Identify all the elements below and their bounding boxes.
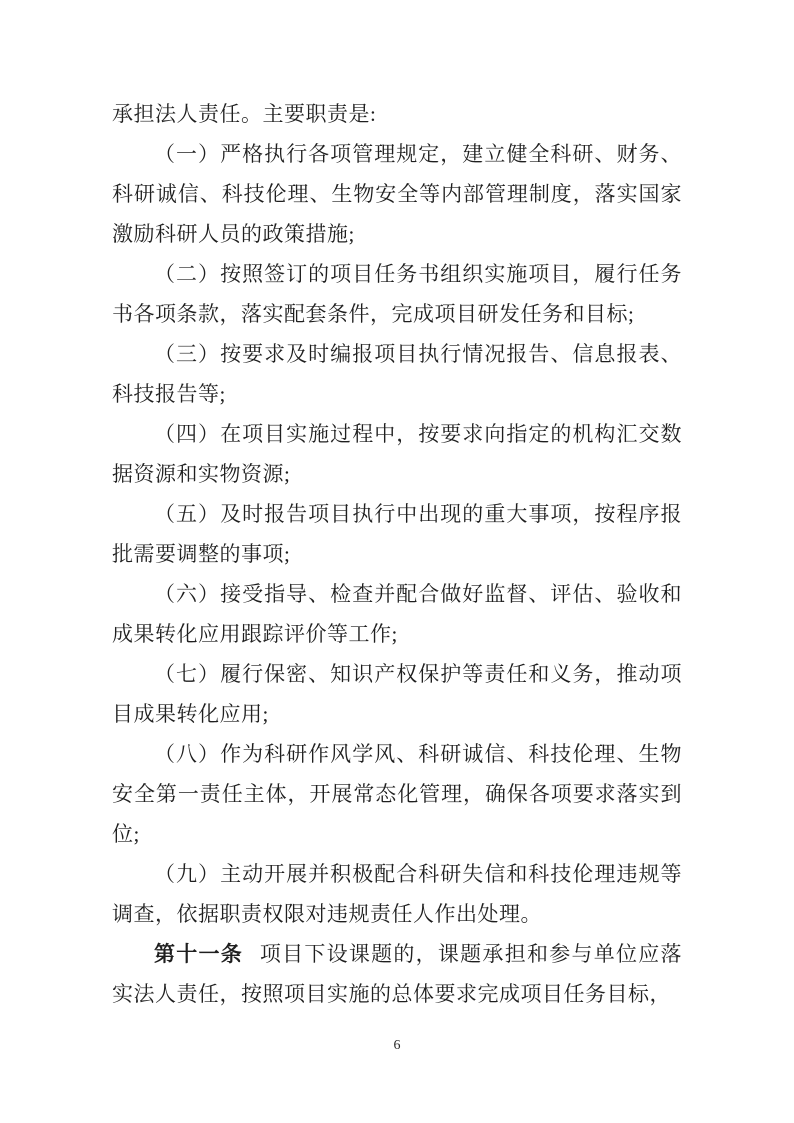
list-item-paragraph-9: （九）主动开展并积极配合科研失信和科技伦理违规等调查，依据职责权限对违规责任人作… [112,854,682,934]
article-paragraph: 第十一条项目下设课题的，课题承担和参与单位应落实法人责任，按照项目实施的总体要求… [112,934,682,1014]
list-item-paragraph-6: （六）接受指导、检查并配合做好监督、评估、验收和成果转化应用跟踪评价等工作; [112,574,682,654]
list-item-paragraph-7: （七）履行保密、知识产权保护等责任和义务，推动项目成果转化应用; [112,654,682,734]
list-item-paragraph-3: （三）按要求及时编报项目执行情况报告、信息报表、科技报告等; [112,334,682,414]
article-number-label: 第十一条 [154,942,243,966]
document-body: 承担法人责任。主要职责是: （一）严格执行各项管理规定，建立健全科研、财务、科研… [112,94,682,1014]
page-number: 6 [0,1036,794,1056]
list-item-paragraph-8: （八）作为科研作风学风、科研诚信、科技伦理、生物安全第一责任主体，开展常态化管理… [112,734,682,854]
document-page: 承担法人责任。主要职责是: （一）严格执行各项管理规定，建立健全科研、财务、科研… [0,0,794,1123]
intro-paragraph: 承担法人责任。主要职责是: [112,94,682,134]
list-item-paragraph-1: （一）严格执行各项管理规定，建立健全科研、财务、科研诚信、科技伦理、生物安全等内… [112,134,682,254]
list-item-paragraph-5: （五）及时报告项目执行中出现的重大事项，按程序报批需要调整的事项; [112,494,682,574]
list-item-paragraph-4: （四）在项目实施过程中，按要求向指定的机构汇交数据资源和实物资源; [112,414,682,494]
list-item-paragraph-2: （二）按照签订的项目任务书组织实施项目，履行任务书各项条款，落实配套条件，完成项… [112,254,682,334]
